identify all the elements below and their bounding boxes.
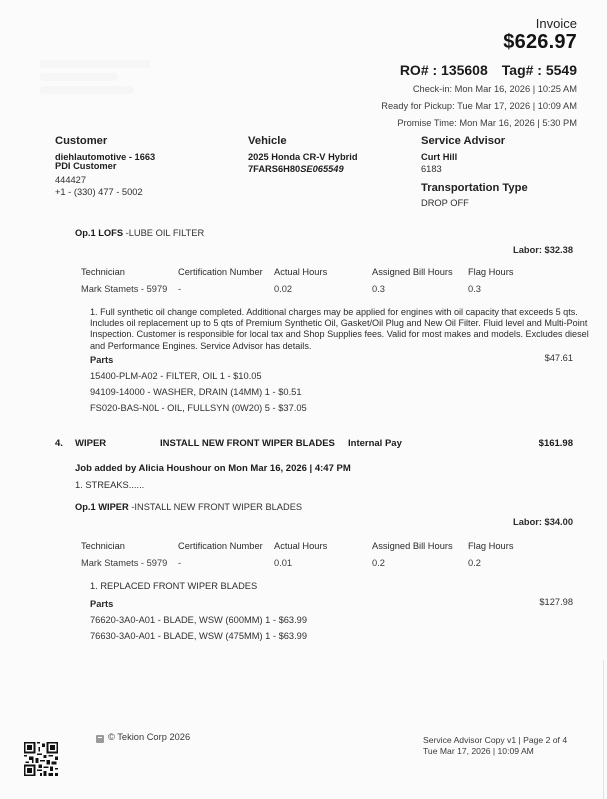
vehicle-vin: 7FARS6H80SE065549 — [248, 163, 344, 177]
footer-copyright: © Tekion Corp 2026 — [108, 732, 190, 742]
job4-labor: Labor: $34.00 — [513, 517, 573, 527]
job4-technician: Mark Stamets - 5979 — [81, 558, 167, 568]
customer-title: Customer — [55, 135, 107, 147]
th-flag-hours: Flag Hours — [468, 267, 513, 277]
service-advisor-id: 6183 — [421, 163, 442, 177]
job4-certification: - — [178, 558, 181, 568]
faded-dealer-logo — [40, 55, 150, 110]
job4-added-by: Job added by Alicia Houshour on Mon Mar … — [75, 463, 351, 474]
tag-number: Tag# : 5549 — [502, 62, 577, 78]
invoice-label: Invoice — [536, 16, 577, 31]
job4-part-line: 76630-3A0-A01 - BLADE, WSW (475MM) 1 - $… — [90, 631, 307, 641]
th-certification: Certification Number — [178, 541, 263, 551]
job4-part-line: 76620-3A0-A01 - BLADE, WSW (600MM) 1 - $… — [90, 615, 307, 625]
th-assigned-bill-hours: Assigned Bill Hours — [372, 267, 453, 277]
op1-description: 1. Full synthetic oil change completed. … — [90, 307, 590, 352]
th-technician: Technician — [81, 267, 125, 277]
op1-bill-hours: 0.3 — [372, 284, 385, 294]
th-actual-hours: Actual Hours — [274, 541, 327, 551]
customer-phone: +1 - (330) 477 - 5002 — [55, 186, 143, 200]
footer-printed-time: Tue Mar 17, 2026 | 10:09 AM — [423, 746, 567, 757]
op1-actual-hours: 0.02 — [274, 284, 292, 294]
check-in-time: Check-in: Mon Mar 16, 2026 | 10:25 AM — [413, 84, 577, 94]
job4-title: INSTALL NEW FRONT WIPER BLADES — [160, 438, 335, 449]
op1-name: -LUBE OIL FILTER — [123, 228, 204, 238]
job4-number: 4. — [55, 438, 63, 449]
job4-description: 1. REPLACED FRONT WIPER BLADES — [90, 581, 257, 591]
op1-part-line: 94109-14000 - WASHER, DRAIN (14MM) 1 - $… — [90, 387, 302, 397]
op1-flag-hours: 0.3 — [468, 284, 481, 294]
op1-certification: - — [178, 284, 181, 294]
tekion-logo-icon — [96, 735, 104, 743]
ready-for-pickup-time: Ready for Pickup: Tue Mar 17, 2026 | 10:… — [381, 101, 577, 111]
job4-op-code: Op.1 WIPER — [75, 502, 129, 512]
footer-copy-info: Service Advisor Copy v1 | Page 2 of 4 — [423, 735, 567, 746]
th-actual-hours: Actual Hours — [274, 267, 327, 277]
th-certification: Certification Number — [178, 267, 263, 277]
job4-parts-label: Parts — [90, 599, 113, 609]
op1-title: Op.1 LOFS -LUBE OIL FILTER — [75, 228, 204, 238]
op1-code: Op.1 LOFS — [75, 228, 123, 238]
job4-code: WIPER — [75, 438, 106, 449]
service-advisor-title: Service Advisor — [421, 135, 505, 147]
promise-time: Promise Time: Mon Mar 16, 2026 | 5:30 PM — [397, 118, 577, 128]
job4-flag-hours: 0.2 — [468, 558, 481, 568]
job4-op-title: Op.1 WIPER -INSTALL NEW FRONT WIPER BLAD… — [75, 502, 302, 512]
footer-page-info: Service Advisor Copy v1 | Page 2 of 4 Tu… — [423, 735, 567, 756]
customer-type: PDI Customer — [55, 160, 116, 174]
job4-actual-hours: 0.01 — [274, 558, 292, 568]
op1-part-line: FS020-BAS-N0L - OIL, FULLSYN (0W20) 5 - … — [90, 403, 307, 413]
op1-technician: Mark Stamets - 5979 — [81, 284, 167, 294]
vehicle-title: Vehicle — [248, 135, 287, 147]
ro-number: RO# : 135608 — [400, 62, 488, 78]
transportation-value: DROP OFF — [421, 197, 469, 211]
job4-parts-total: $127.98 — [539, 597, 573, 607]
op1-part-line: 15400-PLM-A02 - FILTER, OIL 1 - $10.05 — [90, 371, 262, 381]
invoice-total: $626.97 — [503, 31, 577, 54]
scan-edge-divider — [603, 660, 604, 799]
th-technician: Technician — [81, 541, 125, 551]
vin-suffix: SE065549 — [300, 164, 343, 174]
job4-op-name: -INSTALL NEW FRONT WIPER BLADES — [129, 502, 302, 512]
job4-concern: 1. STREAKS...... — [75, 480, 144, 490]
job4-bill-hours: 0.2 — [372, 558, 385, 568]
op1-parts-label: Parts — [90, 355, 113, 365]
op1-labor: Labor: $32.38 — [513, 245, 573, 255]
op1-parts-total: $47.61 — [545, 353, 573, 363]
th-flag-hours: Flag Hours — [468, 541, 513, 551]
vin-prefix: 7FARS6H80 — [248, 164, 300, 174]
job4-total: $161.98 — [539, 438, 573, 449]
qr-code-icon — [24, 742, 58, 776]
th-assigned-bill-hours: Assigned Bill Hours — [372, 541, 453, 551]
ro-tag-line: RO# : 135608Tag# : 5549 — [400, 62, 577, 78]
transportation-title: Transportation Type — [421, 182, 528, 194]
job4-pay-type: Internal Pay — [348, 438, 402, 449]
